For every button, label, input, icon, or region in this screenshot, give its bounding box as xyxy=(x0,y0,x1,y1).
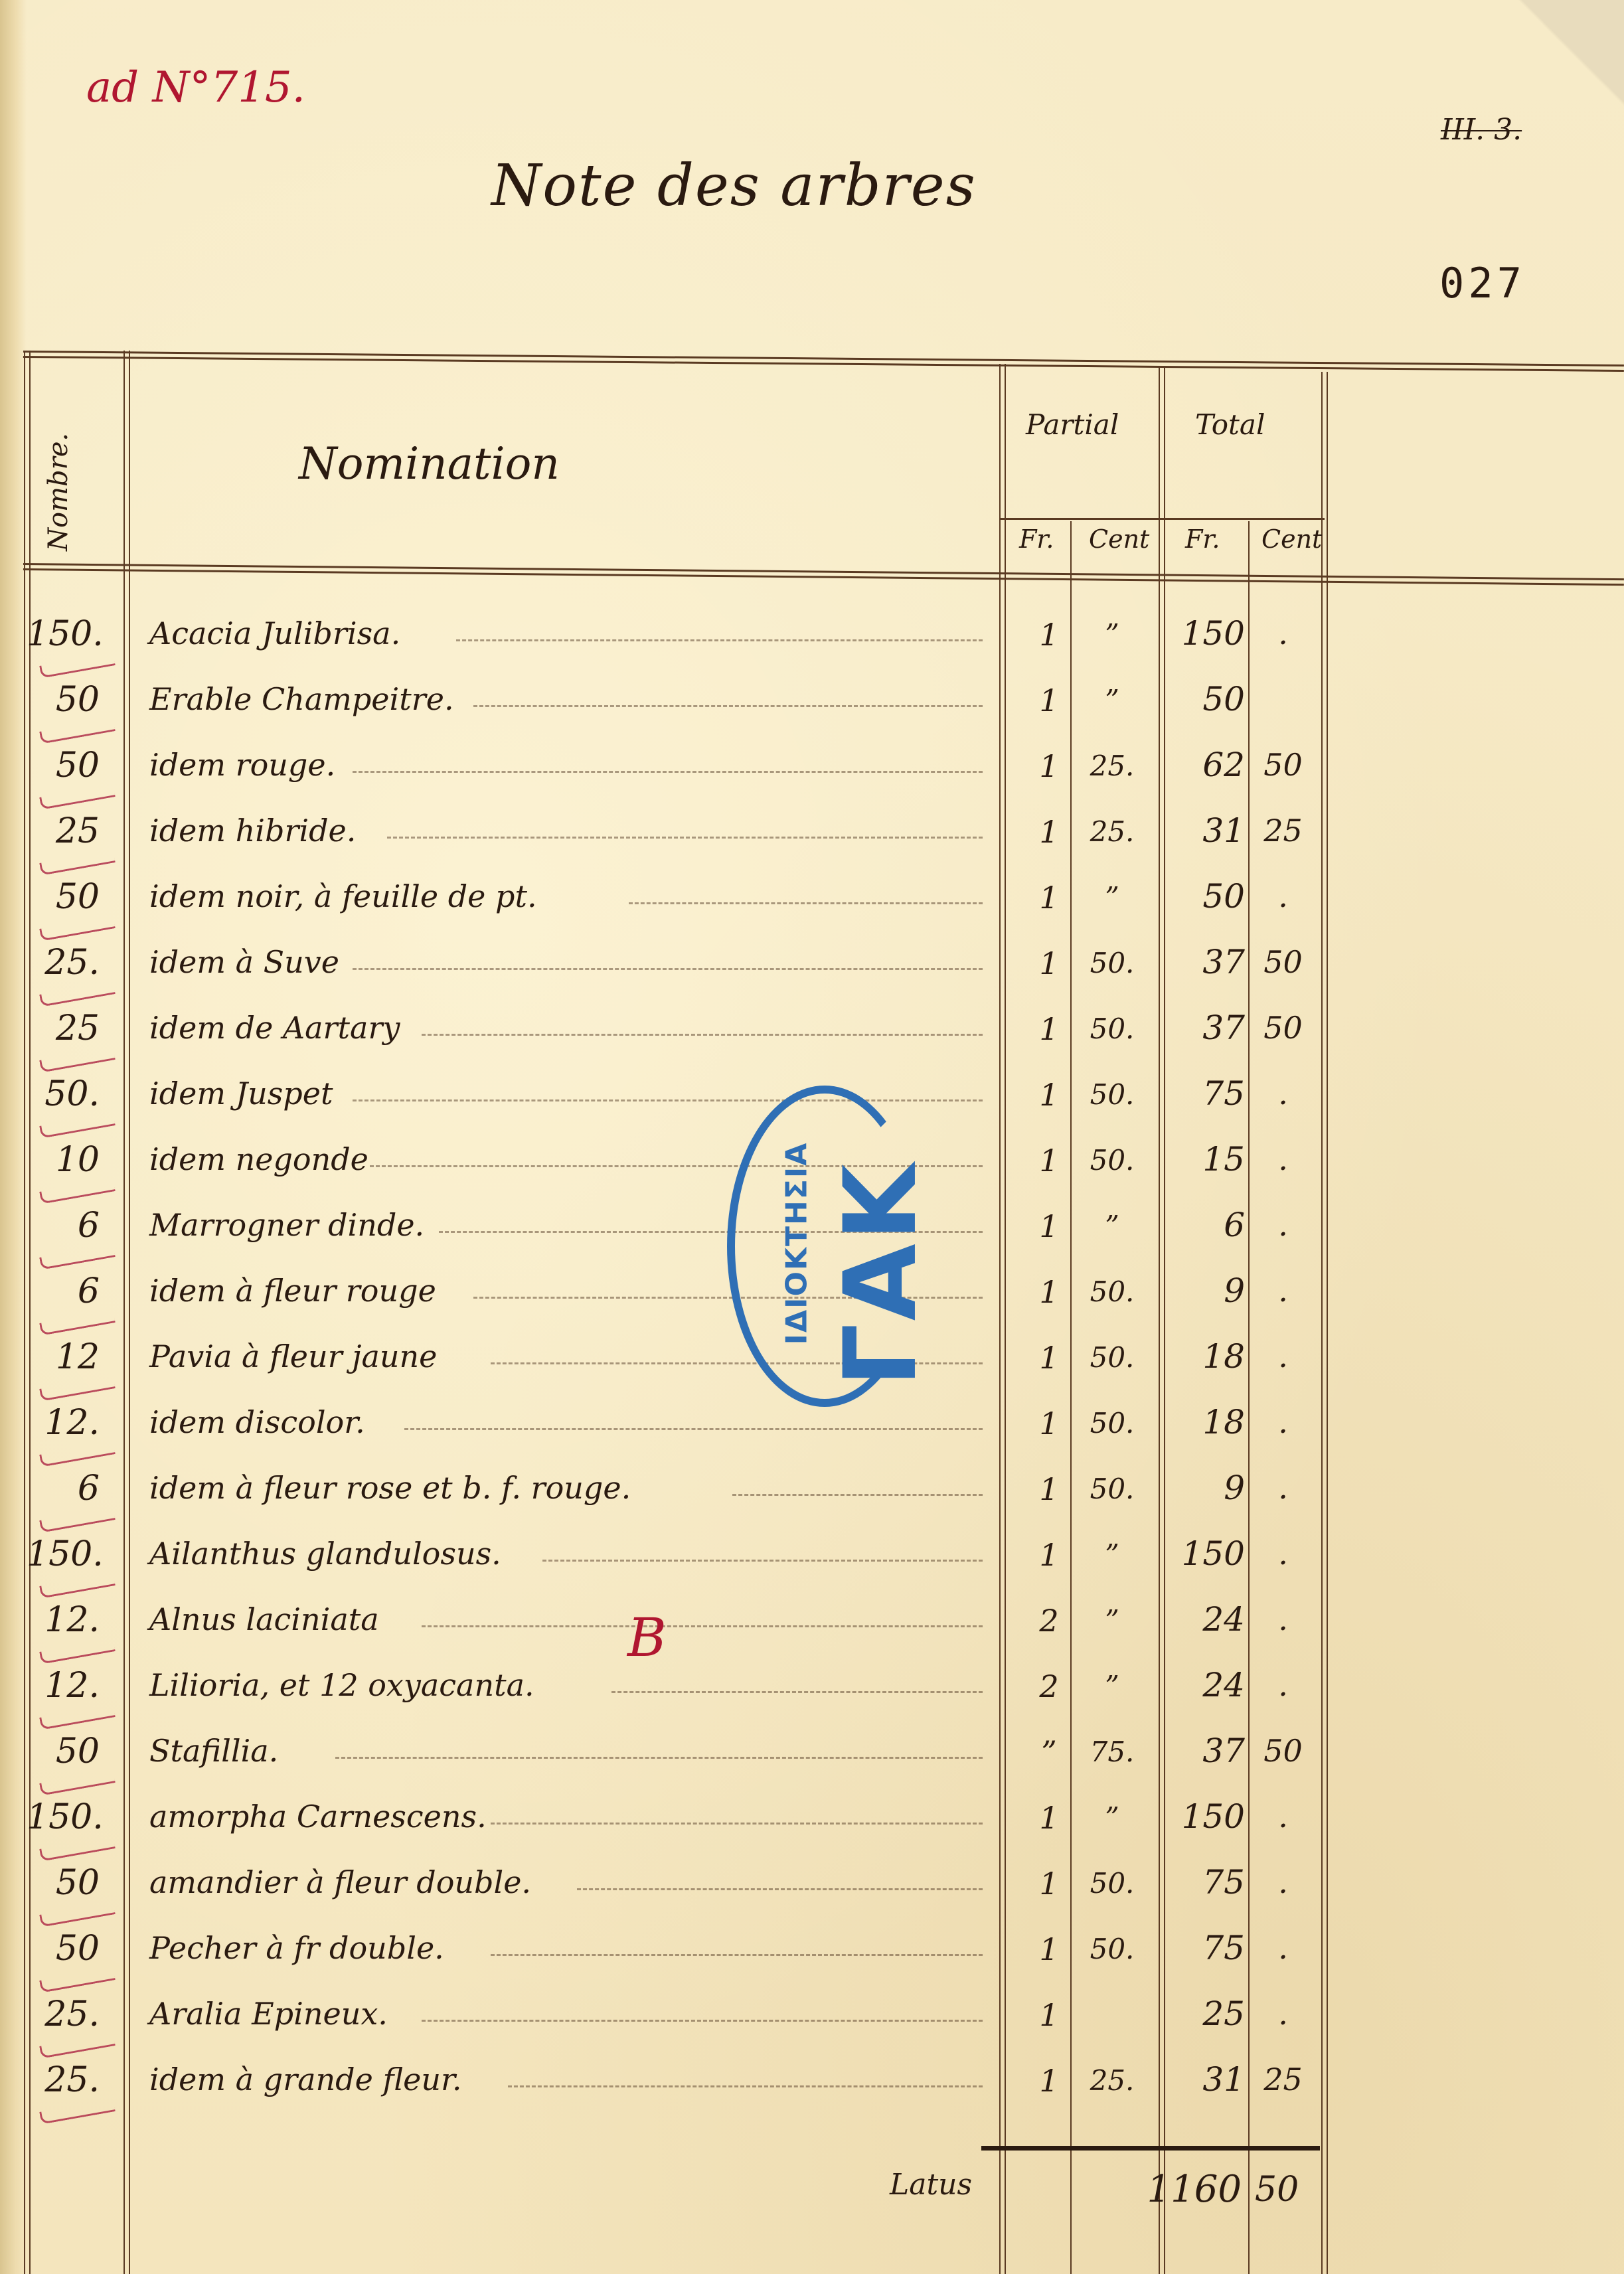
quantity-cell: 25. xyxy=(27,1994,100,2034)
partial-francs-cell: ” xyxy=(1026,1734,1072,1770)
leader-dots xyxy=(353,968,983,970)
partial-francs-cell: 1 xyxy=(1026,945,1072,981)
quantity-cell: 150. xyxy=(27,1534,100,1574)
name-cell: idem Juspet xyxy=(149,1076,333,1111)
name-cell: idem noir, à feuille de pt. xyxy=(149,878,537,914)
header-partial-cents: Cent xyxy=(1089,525,1149,554)
total-cents-cell: . xyxy=(1252,1339,1315,1374)
leader-dots xyxy=(473,705,983,707)
name-cell: idem negonde xyxy=(149,1141,368,1177)
subheader-rule xyxy=(999,518,1325,520)
quantity-cell: 12. xyxy=(27,1403,100,1443)
quantity-cell: 50 xyxy=(27,1929,100,1969)
name-cell: Pavia à fleur jaune xyxy=(149,1339,437,1374)
partial-cents-cell: 50. xyxy=(1076,947,1149,979)
leader-dots xyxy=(629,902,983,904)
table-row: 25.idem à grande fleur.125.3125 xyxy=(0,2047,1624,2113)
total-cents-cell: . xyxy=(1252,1601,1315,1637)
subtotal-rule xyxy=(981,2146,1320,2151)
partial-cents-cell: ” xyxy=(1076,1538,1149,1571)
quantity-cell: 6 xyxy=(27,1206,100,1246)
partial-cents-cell: 50. xyxy=(1076,1341,1149,1374)
total-cents-cell: . xyxy=(1252,1141,1315,1177)
ownership-stamp: ΙΔΙΟΚΤΗΣΙΑ ΓΑΚ xyxy=(727,1086,922,1407)
total-cents-cell: . xyxy=(1252,1470,1315,1506)
leader-dots xyxy=(422,1625,983,1627)
table-row: 25.Aralia Epineux.125. xyxy=(0,1981,1624,2048)
sheet-number: III. 3. xyxy=(1441,113,1522,147)
partial-francs-cell: 1 xyxy=(1026,1274,1072,1310)
partial-francs-cell: 1 xyxy=(1026,1011,1072,1047)
header-partial-francs: Fr. xyxy=(1019,525,1054,554)
header-total-cents: Cent xyxy=(1261,525,1322,554)
total-francs-cell: 37 xyxy=(1159,1009,1245,1047)
name-cell: Alnus laciniata xyxy=(149,1601,379,1637)
subtotal-label: Latus xyxy=(890,2168,972,2202)
table-row: 25idem de Aartary150.3750 xyxy=(0,995,1624,1062)
leader-dots xyxy=(422,2020,983,2022)
total-cents-cell: . xyxy=(1252,1930,1315,1966)
partial-cents-cell: ” xyxy=(1076,618,1149,651)
total-cents-cell: . xyxy=(1252,1076,1315,1111)
leader-dots xyxy=(491,1954,983,1956)
total-francs-cell: 150 xyxy=(1159,614,1245,653)
quantity-cell: 50 xyxy=(27,1863,100,1903)
name-cell: Ailanthus glandulosus. xyxy=(149,1536,501,1572)
name-cell: idem à Suve xyxy=(149,944,339,980)
header-total-francs: Fr. xyxy=(1185,525,1220,554)
partial-cents-cell: ” xyxy=(1076,881,1149,914)
leader-dots xyxy=(353,771,983,773)
total-francs-cell: 75 xyxy=(1159,1929,1245,1967)
quantity-cell: 12. xyxy=(27,1600,100,1640)
quantity-cell: 25 xyxy=(27,1009,100,1048)
table-row: 50Erable Champeitre.1”50 xyxy=(0,667,1624,733)
partial-francs-cell: 1 xyxy=(1026,748,1072,784)
quantity-cell: 150. xyxy=(27,614,100,654)
table-row: 150.Ailanthus glandulosus.1”150. xyxy=(0,1521,1624,1587)
partial-francs-cell: 2 xyxy=(1026,1603,1072,1639)
total-francs-cell: 15 xyxy=(1159,1140,1245,1178)
total-cents-cell: . xyxy=(1252,1996,1315,2032)
quantity-cell: 10 xyxy=(27,1140,100,1180)
name-cell: idem hibride. xyxy=(149,813,356,849)
partial-cents-cell: 25. xyxy=(1076,815,1149,848)
stamp-big-text: ΓΑΚ xyxy=(823,1161,939,1387)
total-cents-cell: 50 xyxy=(1252,1733,1315,1769)
quantity-cell: 25. xyxy=(27,943,100,983)
partial-francs-cell: 1 xyxy=(1026,1077,1072,1113)
quantity-cell: 50 xyxy=(27,746,100,785)
partial-francs-cell: 1 xyxy=(1026,814,1072,850)
total-cents-cell: 50 xyxy=(1252,944,1315,980)
partial-francs-cell: 1 xyxy=(1026,1208,1072,1244)
partial-francs-cell: 1 xyxy=(1026,617,1072,653)
leader-dots xyxy=(387,837,983,839)
name-cell: amorpha Carnescens. xyxy=(149,1799,487,1834)
leader-dots xyxy=(611,1691,983,1693)
table-row: 50Stafillia.”75.3750 xyxy=(0,1718,1624,1785)
total-francs-cell: 75 xyxy=(1159,1074,1245,1113)
subtotal-cents: 50 xyxy=(1255,2170,1299,2210)
total-francs-cell: 150 xyxy=(1159,1534,1245,1573)
name-cell: amandier à fleur double. xyxy=(149,1864,531,1900)
total-francs-cell: 37 xyxy=(1159,1732,1245,1770)
total-francs-cell: 37 xyxy=(1159,943,1245,981)
table-row: 12.Lilioria, et 12 oxyacanta.2”24. xyxy=(0,1653,1624,1719)
name-cell: Stafillia. xyxy=(149,1733,278,1769)
quantity-cell: 50 xyxy=(27,680,100,720)
table-row: 150.Acacia Julibrisa.1”150. xyxy=(0,601,1624,667)
name-cell: idem à fleur rouge xyxy=(149,1273,436,1309)
name-cell: Lilioria, et 12 oxyacanta. xyxy=(149,1667,534,1703)
table-row: 25idem hibride.125.3125 xyxy=(0,798,1624,864)
leader-dots xyxy=(577,1888,983,1890)
total-cents-cell: . xyxy=(1252,1667,1315,1703)
name-cell: idem rouge. xyxy=(149,747,335,783)
quantity-cell: 25 xyxy=(27,811,100,851)
name-cell: Acacia Julibrisa. xyxy=(149,615,400,651)
partial-francs-cell: 1 xyxy=(1026,2063,1072,2099)
quantity-cell: 6 xyxy=(27,1271,100,1311)
leader-dots xyxy=(491,1823,983,1825)
quantity-cell: 12. xyxy=(27,1666,100,1706)
partial-francs-cell: 1 xyxy=(1026,880,1072,916)
leader-dots xyxy=(422,1034,983,1036)
leader-dots xyxy=(732,1494,983,1496)
total-cents-cell: . xyxy=(1252,878,1315,914)
partial-cents-cell: 50. xyxy=(1076,1144,1149,1177)
total-francs-cell: 9 xyxy=(1159,1469,1245,1507)
total-cents-cell: 50 xyxy=(1252,747,1315,783)
name-cell: Aralia Epineux. xyxy=(149,1996,388,2032)
total-francs-cell: 62 xyxy=(1159,746,1245,784)
partial-cents-cell: ” xyxy=(1076,684,1149,716)
quantity-cell: 150. xyxy=(27,1797,100,1837)
name-cell: Erable Champeitre. xyxy=(149,681,454,717)
total-francs-cell: 24 xyxy=(1159,1666,1245,1704)
table-row: 50amandier à fleur double.150.75. xyxy=(0,1850,1624,1916)
partial-francs-cell: 1 xyxy=(1026,1997,1072,2033)
total-cents-cell: . xyxy=(1252,1799,1315,1834)
total-cents-cell: . xyxy=(1252,615,1315,651)
quantity-cell: 25. xyxy=(27,2060,100,2100)
partial-cents-cell: 25. xyxy=(1076,2064,1149,2097)
subtotal-francs: 1160 xyxy=(1142,2168,1242,2211)
partial-cents-cell: 25. xyxy=(1076,750,1149,782)
leader-dots xyxy=(508,2085,983,2087)
name-cell: Pecher à fr double. xyxy=(149,1930,444,1966)
folded-corner xyxy=(1518,0,1624,106)
total-cents-cell: . xyxy=(1252,1404,1315,1440)
total-francs-cell: 25 xyxy=(1159,1994,1245,2033)
table-row: 150.amorpha Carnescens.1”150. xyxy=(0,1784,1624,1850)
partial-francs-cell: 1 xyxy=(1026,1143,1072,1178)
table-row: 50idem noir, à feuille de pt.1”50. xyxy=(0,864,1624,930)
stamp-small-text: ΙΔΙΟΚΤΗΣΙΑ xyxy=(779,1142,813,1345)
partial-cents-cell: ” xyxy=(1076,1210,1149,1242)
partial-cents-cell: 50. xyxy=(1076,1275,1149,1308)
header-partial: Partial xyxy=(1026,408,1119,441)
quantity-cell: 12 xyxy=(27,1337,100,1377)
partial-cents-cell: 50. xyxy=(1076,1078,1149,1111)
total-cents-cell: . xyxy=(1252,1536,1315,1572)
total-cents-cell: . xyxy=(1252,1207,1315,1243)
total-francs-cell: 50 xyxy=(1159,877,1245,916)
page-title: Note des arbres xyxy=(491,153,977,219)
total-francs-cell: 18 xyxy=(1159,1337,1245,1376)
table-row: 25.idem à Suve150.3750 xyxy=(0,930,1624,996)
total-cents-cell: . xyxy=(1252,1273,1315,1309)
partial-francs-cell: 1 xyxy=(1026,1931,1072,1967)
partial-cents-cell: ” xyxy=(1076,1801,1149,1834)
total-francs-cell: 31 xyxy=(1159,811,1245,850)
partial-cents-cell: 50. xyxy=(1076,1867,1149,1900)
name-cell: idem à fleur rose et b. f. rouge. xyxy=(149,1470,631,1506)
folio-stamp: 027 xyxy=(1439,259,1526,307)
total-cents-cell: 25 xyxy=(1252,2062,1315,2097)
quantity-cell: 50 xyxy=(27,877,100,917)
table-row: 12.Alnus laciniata2”24. xyxy=(0,1587,1624,1653)
total-francs-cell: 75 xyxy=(1159,1863,1245,1902)
total-francs-cell: 31 xyxy=(1159,2060,1245,2099)
partial-francs-cell: 1 xyxy=(1026,1340,1072,1376)
partial-cents-cell: 50. xyxy=(1076,1473,1149,1505)
table-row: 6idem à fleur rose et b. f. rouge.150.9. xyxy=(0,1455,1624,1522)
header-name: Nomination xyxy=(299,438,560,489)
total-francs-cell: 6 xyxy=(1159,1206,1245,1244)
partial-francs-cell: 1 xyxy=(1026,1406,1072,1441)
table-row: 50idem rouge.125.6250 xyxy=(0,732,1624,799)
quantity-cell: 50. xyxy=(27,1074,100,1114)
partial-francs-cell: 1 xyxy=(1026,1866,1072,1902)
total-francs-cell: 150 xyxy=(1159,1797,1245,1836)
partial-cents-cell: 75. xyxy=(1076,1736,1149,1768)
name-cell: idem de Aartary xyxy=(149,1010,400,1046)
total-cents-cell: 25 xyxy=(1252,813,1315,849)
partial-francs-cell: 2 xyxy=(1026,1668,1072,1704)
name-cell: idem à grande fleur. xyxy=(149,2062,462,2097)
red-margin-mark: B xyxy=(627,1607,667,1668)
leader-dots xyxy=(404,1428,983,1430)
header-quantity: Nombre. xyxy=(43,433,74,551)
leader-dots xyxy=(335,1757,983,1759)
partial-cents-cell: 50. xyxy=(1076,1407,1149,1439)
partial-francs-cell: 1 xyxy=(1026,1537,1072,1573)
partial-francs-cell: 1 xyxy=(1026,1471,1072,1507)
name-cell: Marrogner dinde. xyxy=(149,1207,424,1243)
partial-cents-cell: 50. xyxy=(1076,1933,1149,1965)
table-row: 50Pecher à fr double.150.75. xyxy=(0,1915,1624,1982)
total-francs-cell: 50 xyxy=(1159,680,1245,718)
partial-cents-cell: 50. xyxy=(1076,1013,1149,1045)
quantity-cell: 50 xyxy=(27,1732,100,1771)
total-cents-cell: 50 xyxy=(1252,1010,1315,1046)
header-total: Total xyxy=(1195,408,1265,441)
total-francs-cell: 18 xyxy=(1159,1403,1245,1441)
partial-francs-cell: 1 xyxy=(1026,683,1072,718)
name-cell: idem discolor. xyxy=(149,1404,365,1440)
quantity-cell: 6 xyxy=(27,1469,100,1508)
leader-dots xyxy=(456,639,983,641)
total-cents-cell: . xyxy=(1252,1864,1315,1900)
partial-francs-cell: 1 xyxy=(1026,1800,1072,1836)
total-francs-cell: 24 xyxy=(1159,1600,1245,1639)
total-francs-cell: 9 xyxy=(1159,1271,1245,1310)
reference-note: ad N°715. xyxy=(86,63,305,112)
partial-cents-cell: ” xyxy=(1076,1604,1149,1637)
leader-dots xyxy=(542,1560,983,1562)
partial-cents-cell: ” xyxy=(1076,1670,1149,1702)
